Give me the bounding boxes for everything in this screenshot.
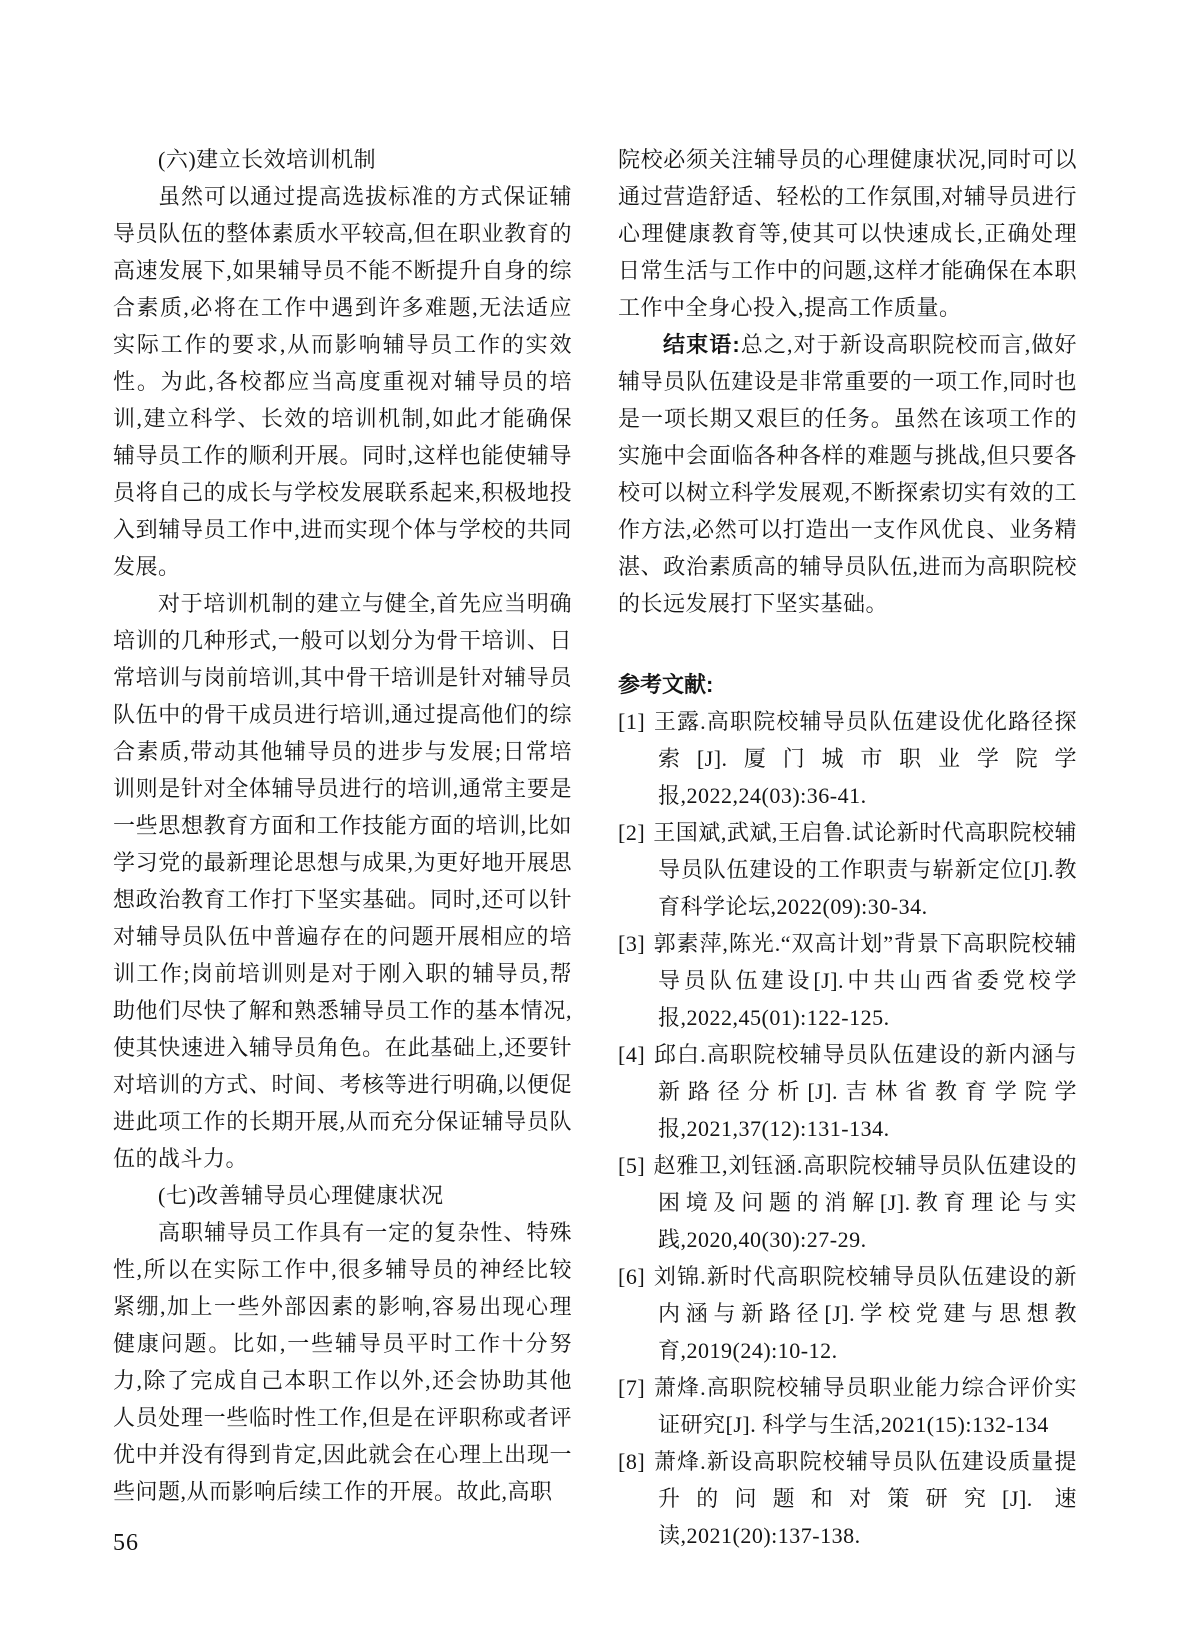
reference-text: 郭素萍,陈光.“双高计划”背景下高职院校辅导员队伍建设[J].中共山西省委党校学… <box>653 931 1077 1030</box>
reference-label: [5] <box>618 1153 645 1178</box>
reference-text: 赵雅卫,刘钰涵.高职院校辅导员队伍建设的困境及问题的消解[J].教育理论与实践,… <box>653 1153 1077 1252</box>
section-heading-7: (七)改善辅导员心理健康状况 <box>113 1177 572 1214</box>
reference-item-5: [5]赵雅卫,刘钰涵.高职院校辅导员队伍建设的困境及问题的消解[J].教育理论与… <box>618 1147 1077 1258</box>
reference-text: 王露.高职院校辅导员队伍建设优化路径探索[J].厦门城市职业学院学报,2022,… <box>653 709 1077 808</box>
references-heading: 参考文献: <box>618 666 1077 703</box>
reference-label: [7] <box>618 1375 645 1400</box>
reference-label: [8] <box>618 1449 645 1474</box>
paragraph-mental-health: 高职辅导员工作具有一定的复杂性、特殊性,所以在实际工作中,很多辅导员的神经比较紧… <box>113 1214 572 1510</box>
reference-item-8: [8]萧烽.新设高职院校辅导员队伍建设质量提升的问题和对策研究[J]. 速读,2… <box>618 1443 1077 1554</box>
paragraph-training-need: 虽然可以通过提高选拔标准的方式保证辅导员队伍的整体素质水平较高,但在职业教育的高… <box>113 178 572 585</box>
reference-label: [3] <box>618 931 645 956</box>
section-heading-6: (六)建立长效培训机制 <box>113 141 572 178</box>
reference-label: [2] <box>618 820 645 845</box>
page: (六)建立长效培训机制 虽然可以通过提高选拔标准的方式保证辅导员队伍的整体素质水… <box>0 0 1191 1650</box>
paragraph-mental-health-continued: 院校必须关注辅导员的心理健康状况,同时可以通过营造舒适、轻松的工作氛围,对辅导员… <box>618 141 1077 326</box>
reference-item-4: [4]邱白.高职院校辅导员队伍建设的新内涵与新路径分析[J].吉林省教育学院学报… <box>618 1036 1077 1147</box>
reference-label: [1] <box>618 709 645 734</box>
conclusion-text: 总之,对于新设高职院校而言,做好辅导员队伍建设是非常重要的一项工作,同时也是一项… <box>618 332 1077 616</box>
reference-text: 萧烽.新设高职院校辅导员队伍建设质量提升的问题和对策研究[J]. 速读,2021… <box>653 1449 1077 1548</box>
conclusion-label: 结束语: <box>663 332 740 357</box>
reference-item-3: [3]郭素萍,陈光.“双高计划”背景下高职院校辅导员队伍建设[J].中共山西省委… <box>618 925 1077 1036</box>
reference-item-2: [2]王国斌,武斌,王启鲁.试论新时代高职院校辅导员队伍建设的工作职责与崭新定位… <box>618 814 1077 925</box>
reference-item-1: [1]王露.高职院校辅导员队伍建设优化路径探索[J].厦门城市职业学院学报,20… <box>618 703 1077 814</box>
reference-text: 萧烽.高职院校辅导员职业能力综合评价实证研究[J]. 科学与生活,2021(15… <box>653 1375 1077 1437</box>
right-column: 院校必须关注辅导员的心理健康状况,同时可以通过营造舒适、轻松的工作氛围,对辅导员… <box>618 141 1077 1554</box>
reference-label: [4] <box>618 1042 645 1067</box>
reference-text: 邱白.高职院校辅导员队伍建设的新内涵与新路径分析[J].吉林省教育学院学报,20… <box>653 1042 1077 1141</box>
reference-text: 王国斌,武斌,王启鲁.试论新时代高职院校辅导员队伍建设的工作职责与崭新定位[J]… <box>653 820 1077 919</box>
reference-item-7: [7]萧烽.高职院校辅导员职业能力综合评价实证研究[J]. 科学与生活,2021… <box>618 1369 1077 1443</box>
reference-item-6: [6]刘锦.新时代高职院校辅导员队伍建设的新内涵与新路径[J].学校党建与思想教… <box>618 1258 1077 1369</box>
page-number: 56 <box>113 1528 139 1558</box>
reference-label: [6] <box>618 1264 645 1289</box>
left-column: (六)建立长效培训机制 虽然可以通过提高选拔标准的方式保证辅导员队伍的整体素质水… <box>113 141 572 1510</box>
conclusion-paragraph: 结束语:总之,对于新设高职院校而言,做好辅导员队伍建设是非常重要的一项工作,同时… <box>618 326 1077 622</box>
reference-text: 刘锦.新时代高职院校辅导员队伍建设的新内涵与新路径[J].学校党建与思想教育,2… <box>653 1264 1077 1363</box>
paragraph-training-forms: 对于培训机制的建立与健全,首先应当明确培训的几种形式,一般可以划分为骨干培训、日… <box>113 585 572 1177</box>
